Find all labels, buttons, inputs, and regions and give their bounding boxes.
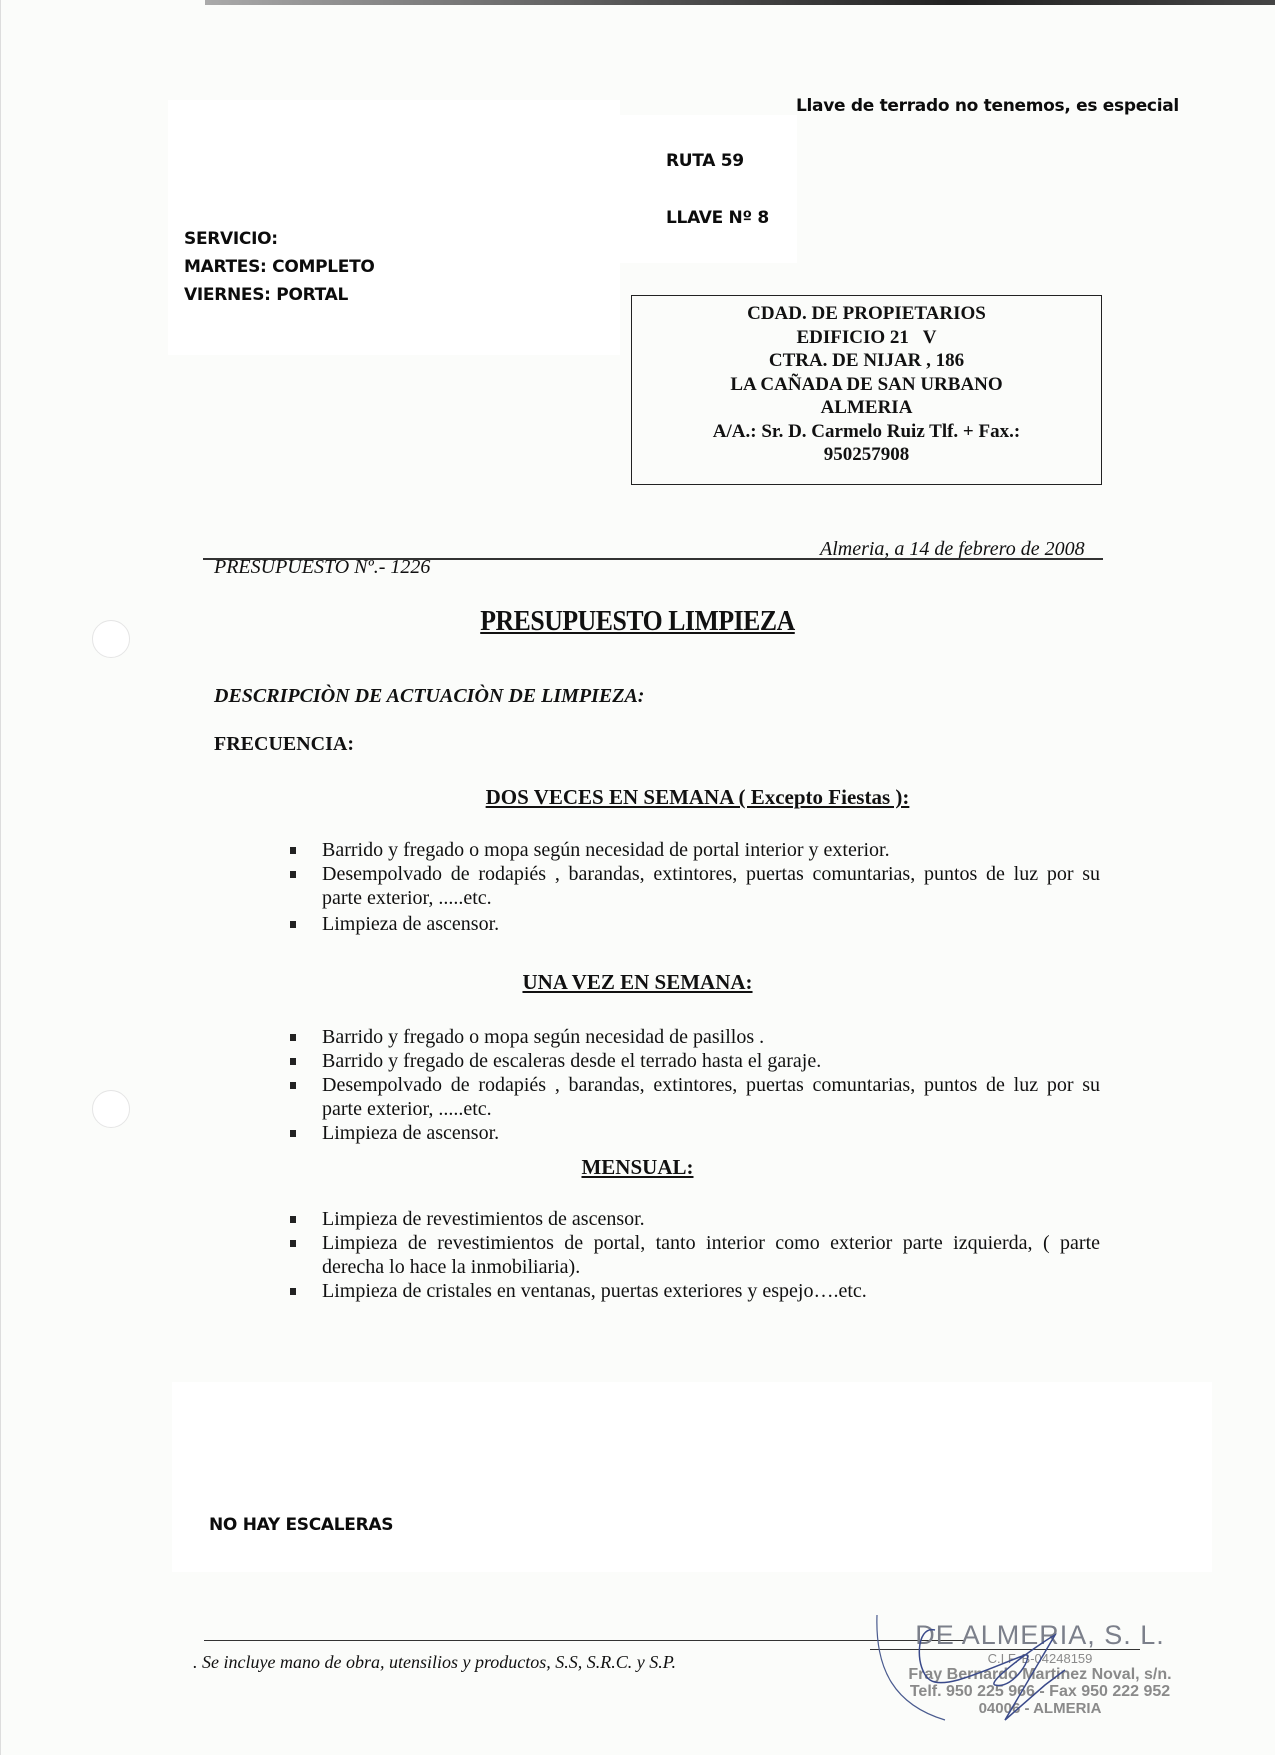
note-route: RUTA 59 [666,151,744,171]
recipient-phone: 950257908 [632,443,1101,467]
document-title: PRESUPUESTO LIMPIEZA [51,606,1224,638]
task-item: Desempolvado de rodapiés , barandas, ext… [290,1073,1100,1121]
punch-hole [92,1090,130,1128]
signature-icon [875,1610,1135,1730]
service-tuesday: MARTES: COMPLETO [184,253,375,281]
scan-top-edge [205,0,1275,5]
service-friday: VIERNES: PORTAL [184,281,375,309]
frequency-label: FRECUENCIA: [214,733,354,756]
once-weekly-task-list: Barrido y fregado o mopa según necesidad… [290,1025,1100,1145]
task-item: Limpieza de revestimientos de portal, ta… [290,1231,1100,1279]
task-item: Limpieza de revestimientos de ascensor. [290,1207,1100,1231]
recipient-line: EDIFICIO 21 V [632,326,1101,350]
description-label: DESCRIPCIÒN DE ACTUACIÒN DE LIMPIEZA: [214,685,644,708]
note-terrace-key: Llave de terrado no tenemos, es especial [796,96,1179,116]
footer-rule [204,1640,964,1641]
section-heading-monthly: MENSUAL: [0,1155,1275,1180]
section-heading-twice-weekly: DOS VECES EN SEMANA ( Excepto Fiestas ): [60,785,1275,810]
task-item: Limpieza de cristales en ventanas, puert… [290,1279,1100,1303]
service-label: SERVICIO: [184,225,375,253]
task-item: Barrido y fregado de escaleras desde el … [290,1049,1100,1073]
section-heading-once-weekly: UNA VEZ EN SEMANA: [0,970,1275,995]
budget-number: PRESUPUESTO Nº.- 1226 [214,556,430,579]
recipient-address-box: CDAD. DE PROPIETARIOS EDIFICIO 21 V CTRA… [631,295,1102,485]
recipient-line: LA CAÑADA DE SAN URBANO [632,373,1101,397]
monthly-task-list: Limpieza de revestimientos de ascensor. … [290,1207,1100,1303]
scan-left-edge [0,0,1,1755]
note-service-schedule: SERVICIO: MARTES: COMPLETO VIERNES: PORT… [184,225,375,309]
task-item: Limpieza de ascensor. [290,912,1100,936]
task-item: Barrido y fregado o mopa según necesidad… [290,838,1100,862]
recipient-line: CTRA. DE NIJAR , 186 [632,349,1101,373]
note-no-stairs: NO HAY ESCALERAS [209,1515,393,1535]
task-item: Desempolvado de rodapiés , barandas, ext… [290,862,1100,910]
note-box-bottom [172,1382,1212,1572]
task-item: Barrido y fregado o mopa según necesidad… [290,1025,1100,1049]
recipient-line: ALMERIA [632,396,1101,420]
recipient-contact: A/A.: Sr. D. Carmelo Ruiz Tlf. + Fax.: [632,420,1101,444]
included-note: . Se incluye mano de obra, utensilios y … [193,1652,676,1673]
note-key-number: LLAVE Nº 8 [666,208,769,228]
recipient-line: CDAD. DE PROPIETARIOS [632,302,1101,326]
twice-weekly-task-list: Barrido y fregado o mopa según necesidad… [290,838,1100,936]
task-item: Limpieza de ascensor. [290,1121,1100,1145]
note-box-route [620,115,797,263]
